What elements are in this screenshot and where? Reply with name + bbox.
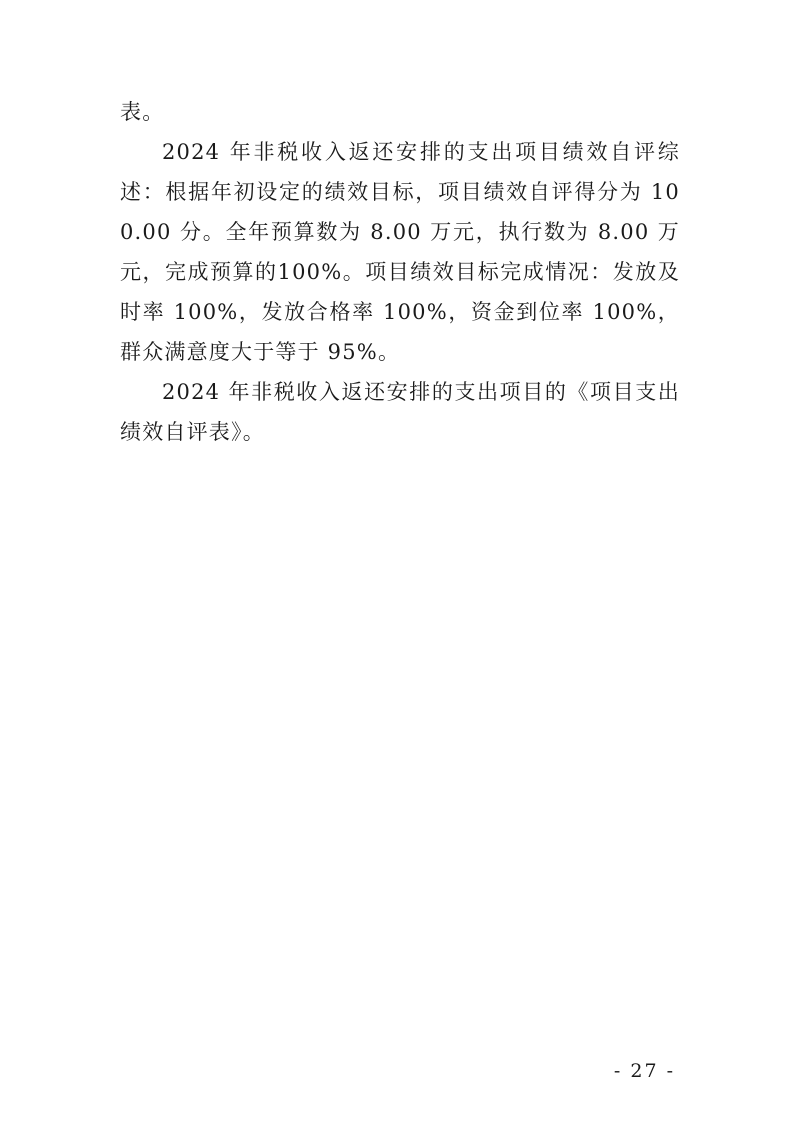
document-page: 表。 2024 年非税收入返还安排的支出项目绩效自评综述：根据年初设定的绩效目标… [0,0,793,1122]
page-number: - 27 - [0,1060,793,1082]
paragraph-continuation: 表。 [120,92,680,132]
paragraph-performance-summary: 2024 年非税收入返还安排的支出项目绩效自评综述：根据年初设定的绩效目标，项目… [120,132,680,372]
paragraph-self-evaluation-form: 2024 年非税收入返还安排的支出项目的《项目支出绩效自评表》。 [120,372,680,452]
document-body: 表。 2024 年非税收入返还安排的支出项目绩效自评综述：根据年初设定的绩效目标… [120,92,680,452]
